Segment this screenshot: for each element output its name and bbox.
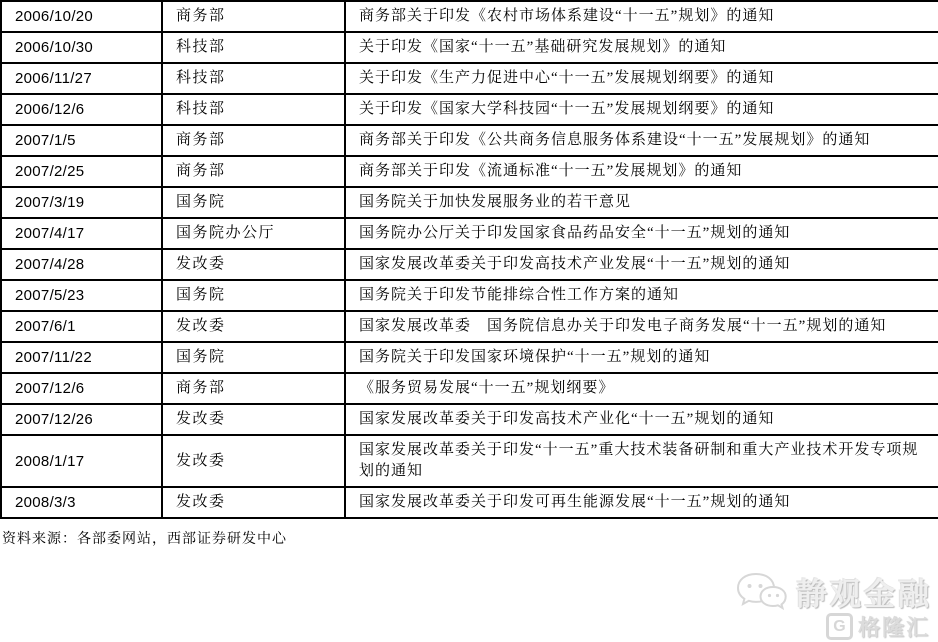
table-row: 2006/11/27科技部关于印发《生产力促进中心“十一五”发展规划纲要》的通知	[1, 63, 938, 94]
department-cell: 商务部	[162, 156, 345, 187]
chat-bubbles-icon	[735, 571, 787, 613]
date-cell: 2006/10/20	[1, 1, 162, 32]
department-cell: 发改委	[162, 487, 345, 518]
title-cell: 关于印发《国家“十一五”基础研究发展规划》的通知	[345, 32, 938, 63]
department-cell: 国务院办公厅	[162, 218, 345, 249]
title-cell: 国家发展改革委关于印发高技术产业化“十一五”规划的通知	[345, 404, 938, 435]
department-cell: 国务院	[162, 342, 345, 373]
department-cell: 发改委	[162, 435, 345, 487]
title-cell: 国家发展改革委 国务院信息办关于印发电子商务发展“十一五”规划的通知	[345, 311, 938, 342]
department-cell: 科技部	[162, 32, 345, 63]
department-cell: 发改委	[162, 404, 345, 435]
title-cell: 关于印发《国家大学科技园“十一五”发展规划纲要》的通知	[345, 94, 938, 125]
policy-notice-table: 2006/10/20商务部商务部关于印发《农村市场体系建设“十一五”规划》的通知…	[0, 0, 938, 519]
department-cell: 发改委	[162, 311, 345, 342]
table-row: 2007/2/25商务部商务部关于印发《流通标准“十一五”发展规划》的通知	[1, 156, 938, 187]
table-row: 2006/10/20商务部商务部关于印发《农村市场体系建设“十一五”规划》的通知	[1, 1, 938, 32]
department-cell: 商务部	[162, 373, 345, 404]
department-cell: 商务部	[162, 125, 345, 156]
report-table-page: 2006/10/20商务部商务部关于印发《农村市场体系建设“十一五”规划》的通知…	[0, 0, 938, 642]
title-cell: 国家发展改革委关于印发高技术产业发展“十一五”规划的通知	[345, 249, 938, 280]
date-cell: 2006/12/6	[1, 94, 162, 125]
brand-wordmark: 静观金融	[796, 569, 932, 614]
title-cell: 《服务贸易发展“十一五”规划纲要》	[345, 373, 938, 404]
date-cell: 2007/6/1	[1, 311, 162, 342]
brand-logo-row: 静观金融	[735, 569, 932, 614]
table-row: 2008/3/3发改委国家发展改革委关于印发可再生能源发展“十一五”规划的通知	[1, 487, 938, 518]
title-cell: 关于印发《生产力促进中心“十一五”发展规划纲要》的通知	[345, 63, 938, 94]
watermark-block: 静观金融 G 格隆汇	[735, 569, 932, 642]
department-cell: 发改委	[162, 249, 345, 280]
date-cell: 2007/12/6	[1, 373, 162, 404]
gelonghui-wordmark: 格隆汇	[858, 611, 930, 642]
date-cell: 2007/5/23	[1, 280, 162, 311]
department-cell: 科技部	[162, 94, 345, 125]
title-cell: 国务院关于印发国家环境保护“十一五”规划的通知	[345, 342, 938, 373]
gelonghui-logo-row: G 格隆汇	[826, 611, 932, 642]
date-cell: 2007/3/19	[1, 187, 162, 218]
department-cell: 商务部	[162, 1, 345, 32]
table-row: 2006/12/6科技部关于印发《国家大学科技园“十一五”发展规划纲要》的通知	[1, 94, 938, 125]
title-cell: 商务部关于印发《流通标准“十一五”发展规划》的通知	[345, 156, 938, 187]
date-cell: 2008/1/17	[1, 435, 162, 487]
table-row: 2007/3/19国务院国务院关于加快发展服务业的若干意见	[1, 187, 938, 218]
title-cell: 国家发展改革委关于印发可再生能源发展“十一五”规划的通知	[345, 487, 938, 518]
title-cell: 商务部关于印发《公共商务信息服务体系建设“十一五”发展规划》的通知	[345, 125, 938, 156]
table-row: 2007/12/26发改委国家发展改革委关于印发高技术产业化“十一五”规划的通知	[1, 404, 938, 435]
table-row: 2007/12/6商务部《服务贸易发展“十一五”规划纲要》	[1, 373, 938, 404]
date-cell: 2007/4/28	[1, 249, 162, 280]
source-note: 资料来源：各部委网站，西部证券研发中心	[2, 528, 938, 548]
table-row: 2006/10/30科技部关于印发《国家“十一五”基础研究发展规划》的通知	[1, 32, 938, 63]
title-cell: 国务院关于加快发展服务业的若干意见	[345, 187, 938, 218]
table-row: 2007/4/28发改委国家发展改革委关于印发高技术产业发展“十一五”规划的通知	[1, 249, 938, 280]
date-cell: 2007/1/5	[1, 125, 162, 156]
title-cell: 国家发展改革委关于印发“十一五”重大技术装备研制和重大产业技术开发专项规划的通知	[345, 435, 938, 487]
table-row: 2007/4/17国务院办公厅国务院办公厅关于印发国家食品药品安全“十一五”规划…	[1, 218, 938, 249]
date-cell: 2007/4/17	[1, 218, 162, 249]
title-cell: 商务部关于印发《农村市场体系建设“十一五”规划》的通知	[345, 1, 938, 32]
department-cell: 国务院	[162, 187, 345, 218]
department-cell: 国务院	[162, 280, 345, 311]
title-cell: 国务院关于印发节能排综合性工作方案的通知	[345, 280, 938, 311]
table-row: 2007/11/22国务院国务院关于印发国家环境保护“十一五”规划的通知	[1, 342, 938, 373]
table-row: 2007/6/1发改委国家发展改革委 国务院信息办关于印发电子商务发展“十一五”…	[1, 311, 938, 342]
table-row: 2007/1/5商务部商务部关于印发《公共商务信息服务体系建设“十一五”发展规划…	[1, 125, 938, 156]
date-cell: 2008/3/3	[1, 487, 162, 518]
date-cell: 2007/11/22	[1, 342, 162, 373]
gelonghui-logo-icon: G	[826, 613, 853, 640]
table-row: 2007/5/23国务院国务院关于印发节能排综合性工作方案的通知	[1, 280, 938, 311]
department-cell: 科技部	[162, 63, 345, 94]
table-row: 2008/1/17发改委国家发展改革委关于印发“十一五”重大技术装备研制和重大产…	[1, 435, 938, 487]
date-cell: 2006/10/30	[1, 32, 162, 63]
date-cell: 2007/12/26	[1, 404, 162, 435]
date-cell: 2006/11/27	[1, 63, 162, 94]
date-cell: 2007/2/25	[1, 156, 162, 187]
title-cell: 国务院办公厅关于印发国家食品药品安全“十一五”规划的通知	[345, 218, 938, 249]
